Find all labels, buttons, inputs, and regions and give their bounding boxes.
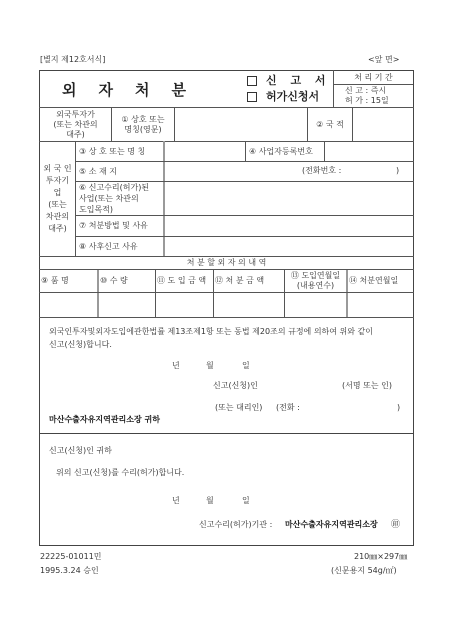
checkbox-icon[interactable] xyxy=(247,92,257,102)
disposal-method-label: ⑦ 처분방법 및 사유 xyxy=(79,216,163,236)
approval-date-month: 월 xyxy=(206,496,214,506)
declaration-addressee: 마산수출자유지역관리소장 귀하 xyxy=(49,415,160,425)
processing-period-label: 처 리 기 간 xyxy=(334,72,413,84)
enterprise-name-field[interactable] xyxy=(166,142,245,161)
detail-disposal-date-field[interactable] xyxy=(348,293,413,317)
approval-addressee: 신고(신청)인 귀하 xyxy=(49,446,112,456)
enterprise-name-label: ③ 상 호 또는 명 칭 xyxy=(79,142,163,161)
approval-authority-label: 신고수리(허가)기관 : xyxy=(199,520,272,530)
nationality-field[interactable] xyxy=(353,108,413,141)
investor-name-label: ① 상호 또는 명칭(영문) xyxy=(112,108,174,141)
declaration-date-month: 월 xyxy=(206,361,214,371)
post-report-reason-field[interactable] xyxy=(166,237,413,256)
col-import-amount: ⑪ 도 입 금 액 xyxy=(157,270,213,292)
location-phone-label: (전화번호 : xyxy=(302,166,341,176)
details-section-title: 처 분 할 외 자 의 내 역 xyxy=(40,257,413,269)
detail-import-date-field[interactable] xyxy=(285,293,346,317)
approval-date-day: 일 xyxy=(242,496,250,506)
nationality-label: ② 국 적 xyxy=(308,108,352,141)
declaration-statement-line1: 외국인투자및외자도입에관한법률 제13조제1항 또는 동법 제20조의 규정에 … xyxy=(49,327,373,337)
footer-approval-date: 1995.3.24 승인 xyxy=(40,566,99,576)
business-registration-field[interactable] xyxy=(325,142,413,161)
enterprise-group-label: 외 국 인 투자기 업 (또는 차관의 대주) xyxy=(40,142,75,256)
footer-paper-type: (신문용지 54g/㎡) xyxy=(331,566,397,576)
detail-import-amount-field[interactable] xyxy=(156,293,213,317)
approval-statement: 위의 신고(신청)를 수리(허가)합니다. xyxy=(56,468,184,478)
post-report-reason-label: ⑧ 사후신고 사유 xyxy=(79,237,163,256)
col-disposal-date: ⑭ 처분연월일 xyxy=(349,270,413,292)
footer-form-code: 22225-01011민 xyxy=(40,552,102,562)
location-field[interactable] xyxy=(166,162,266,181)
form-title: 외자처분 xyxy=(40,71,230,107)
col-quantity: ⑩ 수 량 xyxy=(100,270,155,292)
signature-label: (서명 또는 인) xyxy=(342,381,392,391)
approval-date-year: 년 xyxy=(172,496,180,506)
applicant-label: 신고(신청)인 xyxy=(213,381,258,391)
agent-phone-close: ) xyxy=(397,403,400,413)
investor-name-field[interactable] xyxy=(175,108,307,141)
approval-authority-name: 마산수출자유지역관리소장 xyxy=(285,520,378,530)
disposal-method-field[interactable] xyxy=(166,216,413,236)
detail-item-name-field[interactable] xyxy=(40,293,97,317)
page-side-label: <앞 면> xyxy=(368,55,399,65)
col-item-name: ⑨ 품 명 xyxy=(41,270,97,292)
seal-icon: ㊞ xyxy=(391,520,400,530)
checkbox-icon[interactable] xyxy=(247,76,257,86)
location-phone-close: ) xyxy=(396,166,399,176)
business-registration-label: ④ 사업자등록번호 xyxy=(249,142,324,161)
detail-quantity-field[interactable] xyxy=(99,293,155,317)
declaration-date-day: 일 xyxy=(242,361,250,371)
option-report[interactable]: 신 고 서 xyxy=(247,74,331,88)
processing-permit: 허 가 : 15일 xyxy=(345,96,389,106)
declaration-statement-line2: 신고(신청)합니다. xyxy=(49,340,112,350)
detail-disposal-amount-field[interactable] xyxy=(214,293,284,317)
location-label: ⑤ 소 재 지 xyxy=(79,162,163,181)
approved-business-field[interactable] xyxy=(166,182,413,215)
approved-business-label: ⑥ 신고수리(허가)된 사업(또는 차관의 도입목적) xyxy=(79,182,163,215)
form-number: [별지 제12호서식] xyxy=(40,55,105,65)
col-disposal-amount: ⑫ 처 분 금 액 xyxy=(215,270,284,292)
declaration-date-year: 년 xyxy=(172,361,180,371)
agent-label: (또는 대리인) xyxy=(215,403,262,413)
footer-paper-size: 210㎜×297㎜ xyxy=(354,552,407,562)
form-type-options: 신 고 서 허가신청서 xyxy=(247,74,331,104)
processing-report: 신 고 : 즉시 xyxy=(345,86,386,96)
col-import-date: ⑬ 도입연월일 (내용연수) xyxy=(285,270,346,292)
investor-group-label: 외국투자가 (또는 차관의 대주) xyxy=(40,108,111,141)
agent-phone-label: (전화 : xyxy=(276,403,300,413)
option-permit-application[interactable]: 허가신청서 xyxy=(247,90,331,104)
